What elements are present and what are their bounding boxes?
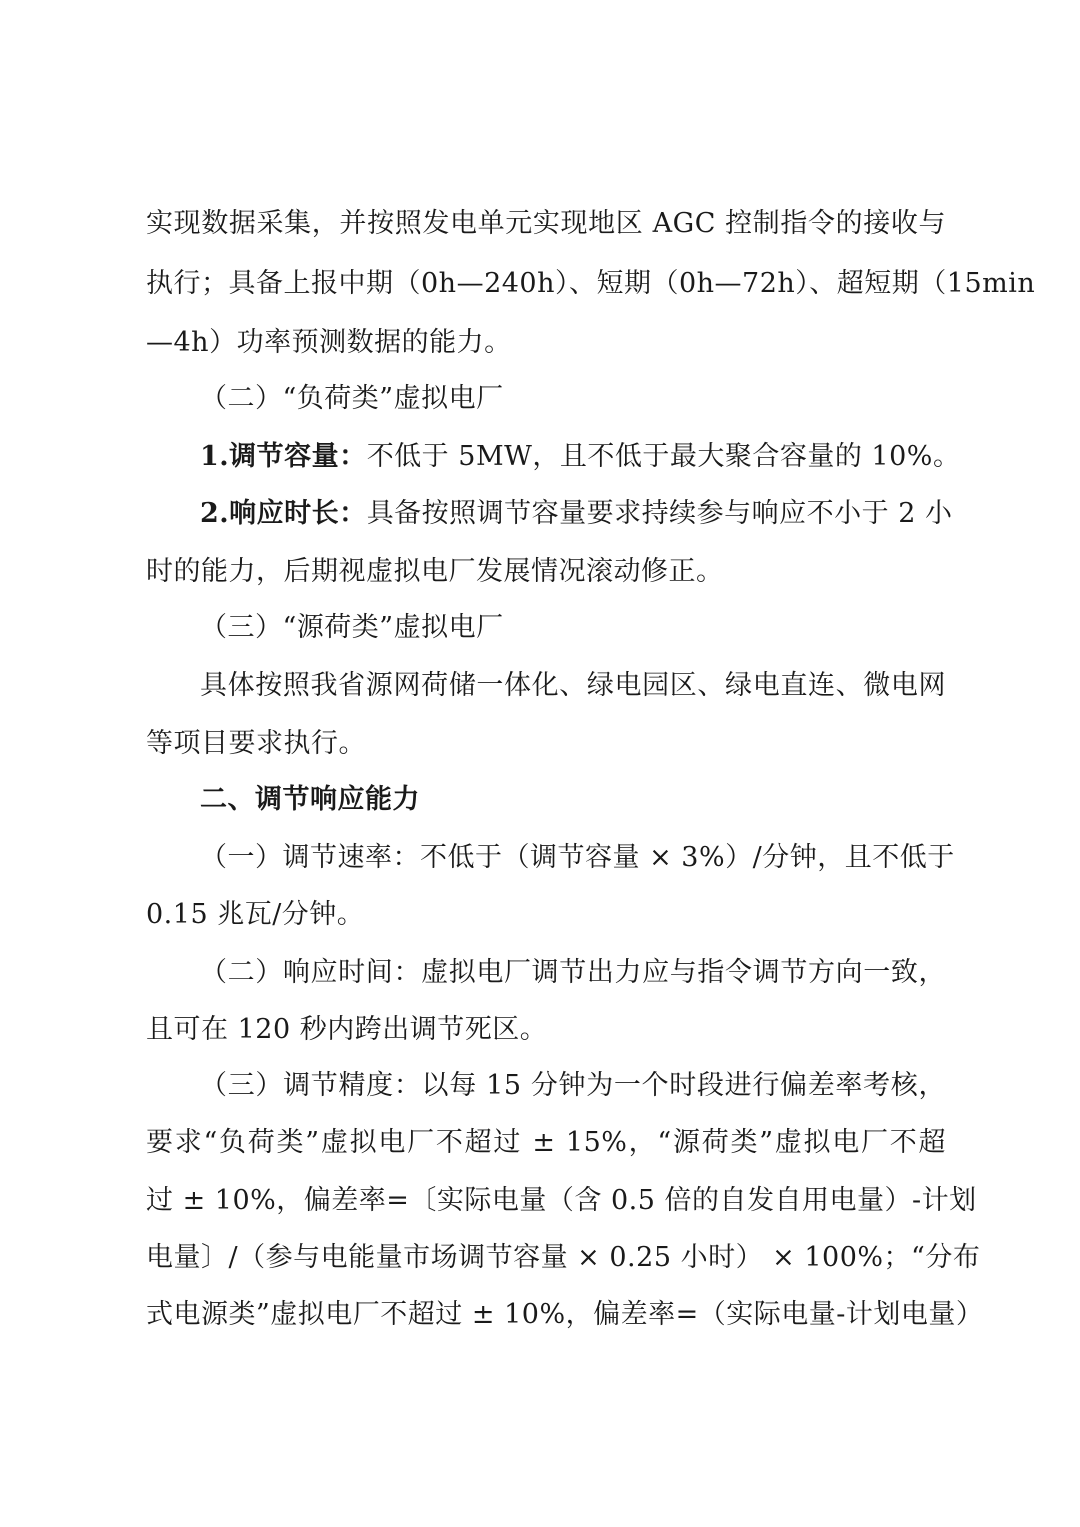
- paragraph-line: 过 ± 10%，偏差率=〔实际电量（含 0.5 倍的自发自用电量）-计划: [146, 1183, 946, 1219]
- paragraph-line: 具体按照我省源网荷储一体化、绿电园区、绿电直连、微电网: [200, 668, 946, 704]
- paragraph-text: 不低于 5MW，且不低于最大聚合容量的 10%。: [367, 441, 961, 472]
- paragraph-text: 具备按照调节容量要求持续参与响应不小于 2 小: [367, 498, 953, 529]
- paragraph-line: （二）响应时间：虚拟电厂调节出力应与指令调节方向一致，: [200, 955, 946, 991]
- paragraph-line: 等项目要求执行。: [146, 726, 946, 762]
- bold-label: 1.调节容量：: [200, 441, 367, 472]
- section-heading: （二）“负荷类”虚拟电厂: [200, 381, 1000, 417]
- paragraph-line: 要求“负荷类”虚拟电厂不超过 ± 15%，“源荷类”虚拟电厂不超: [146, 1125, 946, 1161]
- section-heading: （三）“源荷类”虚拟电厂: [200, 610, 1000, 646]
- paragraph-line: 0.15 兆瓦/分钟。: [146, 897, 946, 933]
- paragraph-line: （一）调节速率：不低于（调节容量 × 3%）/分钟，且不低于: [200, 840, 946, 876]
- paragraph-line: —4h）功率预测数据的能力。: [146, 325, 946, 361]
- paragraph-line: （三）调节精度：以每 15 分钟为一个时段进行偏差率考核，: [200, 1068, 946, 1104]
- paragraph-line: 实现数据采集，并按照发电单元实现地区 AGC 控制指令的接收与: [146, 206, 946, 242]
- chapter-heading: 二、调节响应能力: [200, 782, 1000, 818]
- document-page: 实现数据采集，并按照发电单元实现地区 AGC 控制指令的接收与 执行；具备上报中…: [0, 0, 1080, 1527]
- paragraph-line: 执行；具备上报中期（0h—240h）、短期（0h—72h）、超短期（15min: [146, 266, 946, 302]
- paragraph-line: 式电源类”虚拟电厂不超过 ± 10%，偏差率=（实际电量-计划电量）: [146, 1297, 946, 1333]
- bold-label: 2.响应时长：: [200, 498, 367, 529]
- paragraph-line: 且可在 120 秒内跨出调节死区。: [146, 1012, 946, 1048]
- paragraph-line-capacity: 1.调节容量：不低于 5MW，且不低于最大聚合容量的 10%。: [200, 439, 1000, 475]
- paragraph-line: 电量〕/（参与电能量市场调节容量 × 0.25 小时） × 100%；“分布: [146, 1240, 946, 1276]
- paragraph-line-duration: 2.响应时长：具备按照调节容量要求持续参与响应不小于 2 小: [200, 496, 946, 532]
- paragraph-line: 时的能力，后期视虚拟电厂发展情况滚动修正。: [146, 554, 946, 590]
